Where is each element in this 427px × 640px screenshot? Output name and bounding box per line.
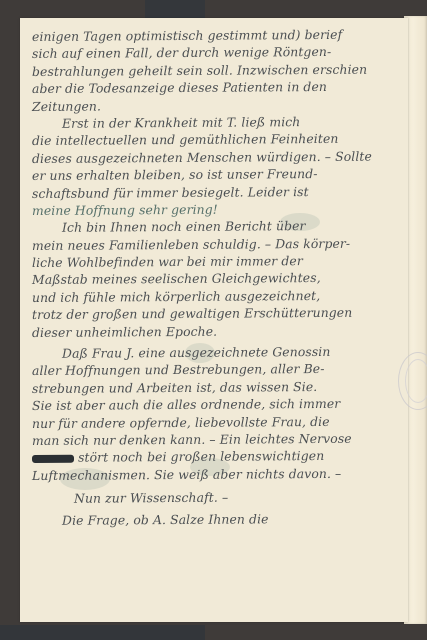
text-line: die intellectuellen und gemüthlichen Fei… [32, 130, 382, 150]
text-line: Ich bin Ihnen noch einen Bericht über [32, 217, 382, 237]
text-fragment: stört noch bei großen lebenswichtigen [78, 448, 324, 465]
text-line: Luftmechanismen. Sie weiß aber nichts da… [32, 464, 382, 484]
text-line: aber die Todesanzeige dieses Patienten i… [32, 78, 382, 98]
text-line: er uns erhalten bleiben, so ist unser Fr… [32, 165, 382, 185]
text-line: Sie ist aber auch die alles ordnende, si… [32, 395, 382, 415]
text-line-with-strikeouts: stört noch bei großen lebenswichtigen [32, 447, 382, 467]
struck-out-word [32, 455, 74, 463]
text-line: Maßstab meines seelischen Gleichgewichte… [32, 269, 382, 289]
background-strip-top [145, 0, 205, 18]
text-line: trotz der großen und gewaltigen Erschütt… [32, 304, 382, 324]
text-line: Die Frage, ob A. Salze Ihnen die [32, 509, 382, 529]
text-line: dieser unheimlichen Epoche. [32, 321, 382, 341]
stamp-inner-ring [405, 359, 427, 403]
background-strip-bottom [0, 625, 205, 640]
text-line: sich auf einen Fall, der durch wenige Rö… [32, 43, 382, 63]
text-line: aller Hoffnungen und Bestrebungen, aller… [32, 360, 382, 380]
text-line: Nun zur Wissenschaft. – [32, 488, 382, 508]
handwritten-text: einigen Tagen optimistisch gestimmt und)… [32, 28, 382, 529]
